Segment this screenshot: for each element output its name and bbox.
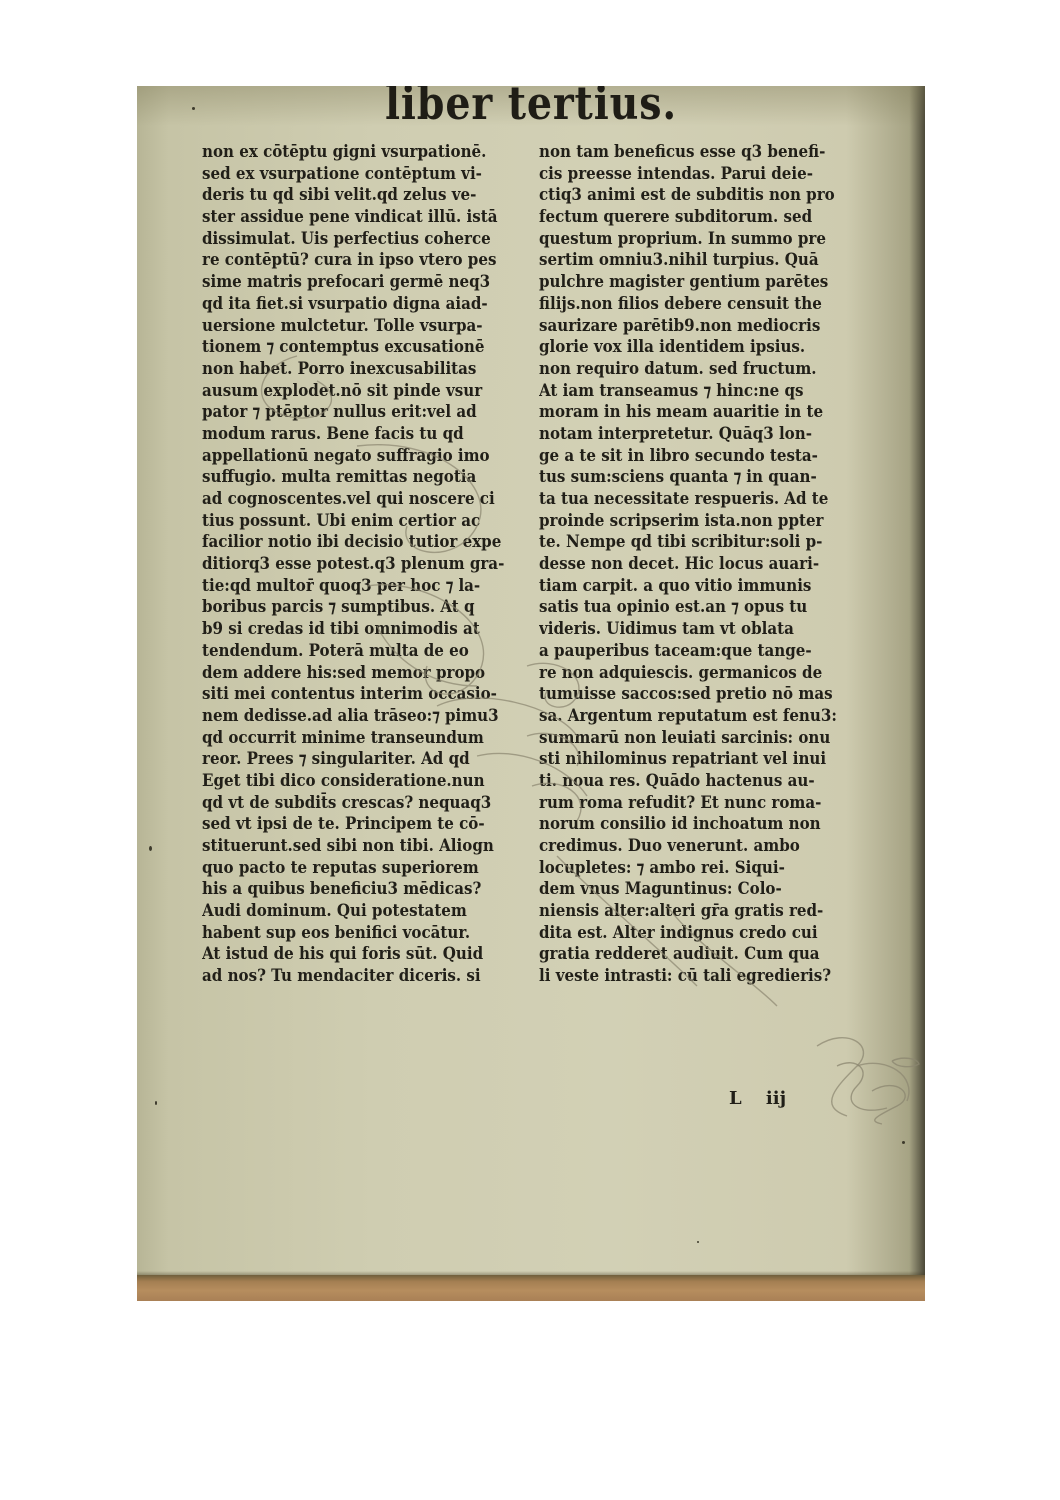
text-line: saurizare parētib9.non mediocris [539,315,852,337]
page-scan: liber tertius. non ex cōtēptu gigni vsur… [137,86,925,1301]
text-line: ad nos? Tu mendaciter diceris. si [202,965,506,987]
text-line: te. Nempe qd tibi scribitur:soli p- [539,531,852,553]
paper-speck [192,107,195,110]
text-line: fectum querere subditorum. sed [539,206,852,228]
text-line: tius possunt. Ubi enim certior ac [202,510,506,532]
text-line: At iam transeamus ⁊ hinc:ne qs [539,380,852,402]
text-line: locupletes: ⁊ ambo rei. Siqui- [539,857,852,879]
text-line: moram in his meam auaritie in te [539,401,852,423]
text-line: credimus. Duo venerunt. ambo [539,835,852,857]
text-line: sti nihilominus repatriant vel inui [539,748,852,770]
text-line: ad cognoscentes.vel qui noscere ci [202,488,506,510]
text-line: dita est. Alter indignus credo cui [539,922,852,944]
text-line: ti. noua res. Quādo hactenus au- [539,770,852,792]
text-line: his a quibus beneficiu3 mēdicas? [202,878,506,900]
text-line: dissimulat. Uis perfectius coherce [202,228,506,250]
text-line: re contēptū? cura in ipso vtero pes [202,249,506,271]
binding-edge [137,1275,925,1301]
text-line: nem dedisse.ad alia trāseo:⁊ pimu3 [202,705,506,727]
text-line: quo pacto te reputas superiorem [202,857,506,879]
text-line: non tam beneficus esse q3 benefi- [539,141,852,163]
text-line: ctiq3 animi est de subditis non pro [539,184,852,206]
text-line: dem addere his:sed memor propo [202,662,506,684]
watermark-flourish-bottom [817,1046,925,1126]
text-line: tendendum. Poterā multa de eo [202,640,506,662]
text-line: cis preesse intendas. Parui deie- [539,163,852,185]
text-line: satis tua opinio est.an ⁊ opus tu [539,596,852,618]
text-line: videris. Uidimus tam vt oblata [539,618,852,640]
text-line: tionem ⁊ contemptus excusationē [202,336,506,358]
text-column-right: non tam beneficus esse q3 benefi- cis pr… [539,141,879,987]
text-line: re non adquiescis. germanicos de [539,662,852,684]
text-line: tumuisse saccos:sed pretio nō mas [539,683,852,705]
text-line: Audi dominum. Qui potestatem [202,900,506,922]
text-line: stituerunt.sed sibi non tibi. Aliogn [202,835,506,857]
text-line: a pauperibus taceam:que tange- [539,640,852,662]
text-line: ta tua necessitate respueris. Ad te [539,488,852,510]
text-line: rum roma refudit? Et nunc roma- [539,792,852,814]
text-line: uersione mulctetur. Tolle vsurpa- [202,315,506,337]
text-line: ausum explodet.nō sit pinde vsur [202,380,506,402]
text-line: qd ita fiet.si vsurpatio digna aiad- [202,293,506,315]
text-line: ster assidue pene vindicat illū. istā [202,206,506,228]
text-line: facilior notio ibi decisio tutior expe [202,531,506,553]
paper-speck [902,1141,905,1144]
text-line: desse non decet. Hic locus auari- [539,553,852,575]
text-line: li veste intrasti: cū tali egredieris? [539,965,852,987]
text-line: modum rarus. Bene facis tu qd [202,423,506,445]
text-line: boribus parcis ⁊ sumptibus. At q [202,596,506,618]
text-line: questum proprium. In summo pre [539,228,852,250]
text-line: sed vt ipsi de te. Principem te cō- [202,813,506,835]
text-line: reor. Prees ⁊ singulariter. Ad qd [202,748,506,770]
text-line: pator ⁊ ptēptor nullus erit:vel ad [202,401,506,423]
text-line: tie:qd multor̄ quoq3 per hoc ⁊ la- [202,575,506,597]
text-line: proinde scripserim ista.non ppter [539,510,852,532]
text-line: ge a te sit in libro secundo testa- [539,445,852,467]
text-line: tiam carpit. a quo vitio immunis [539,575,852,597]
text-line: non requiro datum. sed fructum. [539,358,852,380]
text-line: dem vnus Maguntinus: Colo- [539,878,852,900]
text-line: sa. Argentum reputatum est fenu3: [539,705,852,727]
text-line: At istud de his qui foris sūt. Quid [202,943,506,965]
text-line: non habet. Porro inexcusabilitas [202,358,506,380]
signature-mark: L iij [729,1088,786,1109]
text-line: suffugio. multa remittas negotia [202,466,506,488]
text-line: niensis alter:alteri gr̄a gratis red- [539,900,852,922]
text-line: sed ex vsurpatione contēptum vi- [202,163,506,185]
text-line: habent sup eos benifici vocātur. [202,922,506,944]
text-line: qd vt de subdit̄s crescas? nequaq3 [202,792,506,814]
text-column-left: non ex cōtēptu gigni vsurpationē. sed ex… [202,141,532,987]
text-line: filijs.non filios debere censuit the [539,293,852,315]
text-line: pulchre magister gentium parētes [539,271,852,293]
text-line: siti mei contentus interim occasio- [202,683,506,705]
text-line: non ex cōtēptu gigni vsurpationē. [202,141,506,163]
text-line: Eget tibi dico consideratione.nun [202,770,506,792]
text-line: ditiorq3 esse potest.q3 plenum gra- [202,553,506,575]
paper-speck [697,1241,699,1243]
running-head: liber tertius. [192,86,870,130]
text-line: tus sum:sciens quanta ⁊ in quan- [539,466,852,488]
text-line: gratia redderet audiuit. Cum qua [539,943,852,965]
paper-speck [149,846,152,851]
text-line: glorie vox illa identidem ipsius. [539,336,852,358]
text-line: deris tu qd sibi velit.qd zelus ve- [202,184,506,206]
text-line: qd occurrit minime transeundum [202,727,506,749]
text-line: notam interpretetur. Quāq3 lon- [539,423,852,445]
text-line: b9 si credas id tibi omnimodis at [202,618,506,640]
text-line: sime matris prefocari germē neq3 [202,271,506,293]
paper-speck [155,1101,157,1105]
text-line: norum consilio id inchoatum non [539,813,852,835]
text-line: appellationū negato suffragio imo [202,445,506,467]
text-line: sertim omniu3.nihil turpius. Quā [539,249,852,271]
text-line: summarū non leuiati sarcinis: onu [539,727,852,749]
